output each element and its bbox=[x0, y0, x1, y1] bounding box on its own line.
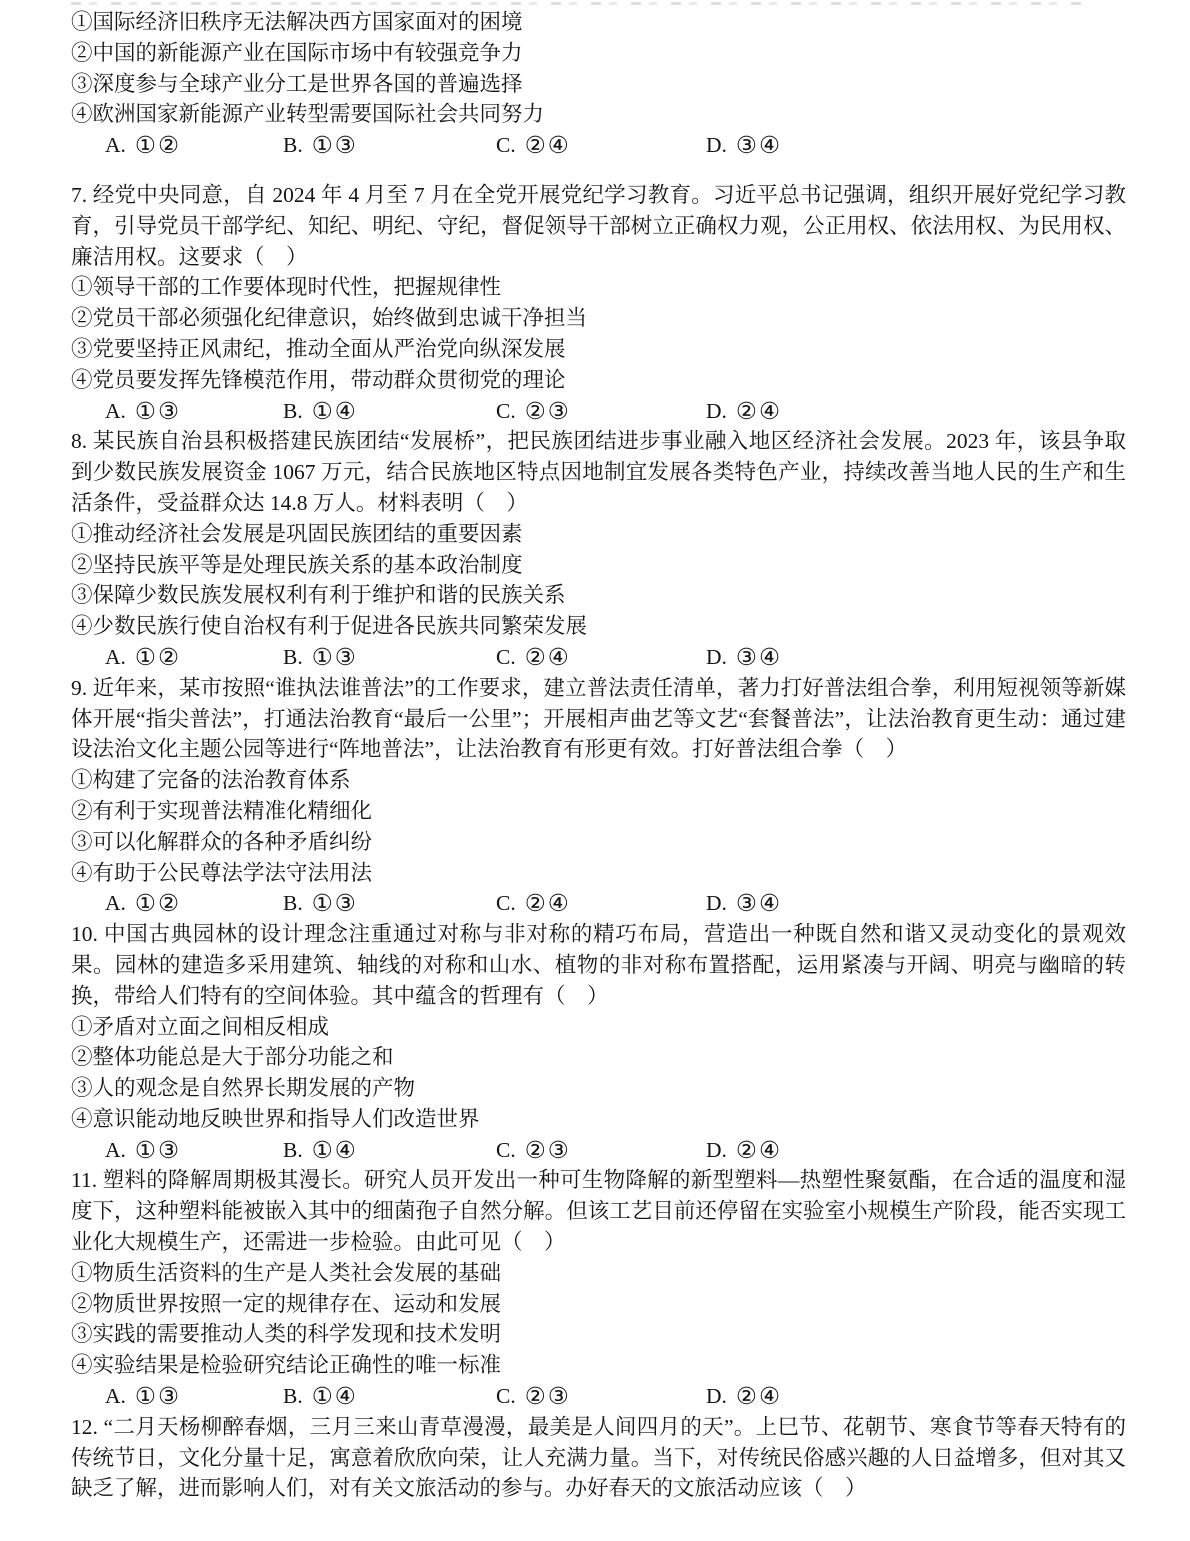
q10-option-c: C.②③ bbox=[496, 1135, 571, 1167]
q11-option-c: C.②③ bbox=[496, 1381, 571, 1413]
q10-choice-1: ①矛盾对立面之间相反相成 bbox=[71, 1012, 1126, 1043]
option-label: A. bbox=[105, 1384, 126, 1408]
q8-option-b: B.①③ bbox=[283, 642, 358, 674]
q6-option-a: A.①② bbox=[105, 130, 181, 162]
q10-choice-4: ④意识能动地反映世界和指导人们改造世界 bbox=[71, 1104, 1126, 1135]
q9-stem: 9. 近年来，某市按照“谁执法谁普法”的工作要求，建立普法责任清单，著力打好普法… bbox=[71, 673, 1126, 765]
q8-choice-3: ③保障少数民族发展权利有利于维护和谐的民族关系 bbox=[71, 580, 1126, 611]
option-value: ②④ bbox=[525, 645, 571, 671]
q7-option-d: D.②④ bbox=[706, 396, 782, 428]
q7-options-row: A.①③ B.①④ C.②③ D.②④ bbox=[71, 396, 1126, 427]
option-label: C. bbox=[496, 133, 516, 157]
option-label: B. bbox=[283, 399, 303, 423]
option-label: A. bbox=[105, 1138, 126, 1162]
q9-option-d: D.③④ bbox=[706, 888, 782, 920]
q6-option-b: B.①③ bbox=[283, 130, 358, 162]
q11-choice-3: ③实践的需要推动人类的科学发现和技术发明 bbox=[71, 1319, 1126, 1350]
option-label: A. bbox=[105, 399, 126, 423]
option-value: ③④ bbox=[736, 645, 782, 671]
q11-choice-4: ④实验结果是检验研究结论正确性的唯一标准 bbox=[71, 1350, 1126, 1381]
q7-choice-1: ①领导干部的工作要体现时代性，把握规律性 bbox=[71, 272, 1126, 303]
option-value: ①④ bbox=[312, 1384, 358, 1410]
option-value: ①③ bbox=[312, 645, 358, 671]
q8-stem: 8. 某民族自治县积极搭建民族团结“发展桥”，把民族团结进步事业融入地区经济社会… bbox=[71, 426, 1126, 518]
q11-choice-1: ①物质生活资料的生产是人类社会发展的基础 bbox=[71, 1258, 1126, 1289]
q12-stem: 12. “二月天杨柳醉春烟，三月三来山青草漫漫，最美是人间四月的天”。上巳节、花… bbox=[71, 1412, 1126, 1504]
q7-option-c: C.②③ bbox=[496, 396, 571, 428]
q10-option-a: A.①③ bbox=[105, 1135, 181, 1167]
option-label: C. bbox=[496, 399, 516, 423]
option-label: D. bbox=[706, 399, 727, 423]
option-label: B. bbox=[283, 133, 303, 157]
q10-option-b: B.①④ bbox=[283, 1135, 358, 1167]
option-label: D. bbox=[706, 891, 727, 915]
option-value: ②③ bbox=[525, 1384, 571, 1410]
blank-line bbox=[71, 161, 1126, 180]
question-9: 9. 近年来，某市按照“谁执法谁普法”的工作要求，建立普法责任清单，著力打好普法… bbox=[71, 673, 1126, 919]
q9-choice-4: ④有助于公民尊法学法守法用法 bbox=[71, 858, 1126, 889]
option-value: ③④ bbox=[736, 891, 782, 917]
option-label: B. bbox=[283, 1384, 303, 1408]
option-value: ③④ bbox=[736, 133, 782, 159]
question-7: 7. 经党中央同意，自 2024 年 4 月至 7 月在全党开展党纪学习教育。习… bbox=[71, 180, 1126, 426]
option-value: ②④ bbox=[736, 1384, 782, 1410]
q6-option-c: C.②④ bbox=[496, 130, 571, 162]
option-value: ②④ bbox=[736, 399, 782, 425]
option-value: ①③ bbox=[312, 133, 358, 159]
q7-choice-3: ③党要坚持正风肃纪，推动全面从严治党向纵深发展 bbox=[71, 334, 1126, 365]
q10-option-d: D.②④ bbox=[706, 1135, 782, 1167]
q11-option-a: A.①③ bbox=[105, 1381, 181, 1413]
option-label: C. bbox=[496, 1384, 516, 1408]
q9-choice-2: ②有利于实现普法精准化精细化 bbox=[71, 796, 1126, 827]
q7-choice-4: ④党员要发挥先锋模范作用，带动群众贯彻党的理论 bbox=[71, 365, 1126, 396]
exam-page: ①国际经济旧秩序无法解决西方国家面对的困境 ②中国的新能源产业在国际市场中有较强… bbox=[0, 0, 1190, 1541]
option-label: B. bbox=[283, 891, 303, 915]
question-12-partial: 12. “二月天杨柳醉春烟，三月三来山青草漫漫，最美是人间四月的天”。上巳节、花… bbox=[71, 1412, 1126, 1504]
option-label: C. bbox=[496, 1138, 516, 1162]
option-value: ②③ bbox=[525, 1138, 571, 1164]
q7-option-b: B.①④ bbox=[283, 396, 358, 428]
option-value: ①② bbox=[135, 645, 181, 671]
q10-options-row: A.①③ B.①④ C.②③ D.②④ bbox=[71, 1135, 1126, 1166]
q7-choice-2: ②党员干部必须强化纪律意识，始终做到忠诚干净担当 bbox=[71, 303, 1126, 334]
q9-choice-1: ①构建了完备的法治教育体系 bbox=[71, 765, 1126, 796]
option-value: ②④ bbox=[525, 891, 571, 917]
q11-option-d: D.②④ bbox=[706, 1381, 782, 1413]
q8-option-a: A.①② bbox=[105, 642, 181, 674]
q8-choice-1: ①推动经济社会发展是巩固民族团结的重要因素 bbox=[71, 519, 1126, 550]
option-label: A. bbox=[105, 891, 126, 915]
q7-stem: 7. 经党中央同意，自 2024 年 4 月至 7 月在全党开展党纪学习教育。习… bbox=[71, 180, 1126, 272]
q6-options-row: A.①② B.①③ C.②④ D.③④ bbox=[71, 130, 1126, 161]
option-label: A. bbox=[105, 645, 126, 669]
q10-choice-2: ②整体功能总是大于部分功能之和 bbox=[71, 1042, 1126, 1073]
q11-choice-2: ②物质世界按照一定的规律存在、运动和发展 bbox=[71, 1289, 1126, 1320]
question-8: 8. 某民族自治县积极搭建民族团结“发展桥”，把民族团结进步事业融入地区经济社会… bbox=[71, 426, 1126, 672]
option-label: B. bbox=[283, 645, 303, 669]
option-label: A. bbox=[105, 133, 126, 157]
q10-choice-3: ③人的观念是自然界长期发展的产物 bbox=[71, 1073, 1126, 1104]
q6-choice-4: ④欧洲国家新能源产业转型需要国际社会共同努力 bbox=[71, 99, 1126, 130]
question-11: 11. 塑料的降解周期极其漫长。研究人员开发出一种可生物降解的新型塑料—热塑性聚… bbox=[71, 1165, 1126, 1411]
q6-option-d: D.③④ bbox=[706, 130, 782, 162]
option-label: B. bbox=[283, 1138, 303, 1162]
q8-option-d: D.③④ bbox=[706, 642, 782, 674]
q9-option-a: A.①② bbox=[105, 888, 181, 920]
q9-choice-3: ③可以化解群众的各种矛盾纠纷 bbox=[71, 827, 1126, 858]
q9-option-b: B.①③ bbox=[283, 888, 358, 920]
option-value: ①③ bbox=[312, 891, 358, 917]
q11-options-row: A.①③ B.①④ C.②③ D.②④ bbox=[71, 1381, 1126, 1412]
option-label: D. bbox=[706, 1384, 727, 1408]
option-value: ①④ bbox=[312, 1138, 358, 1164]
q8-choice-4: ④少数民族行使自治权有利于促进各民族共同繁荣发展 bbox=[71, 611, 1126, 642]
q9-option-c: C.②④ bbox=[496, 888, 571, 920]
option-value: ②④ bbox=[525, 133, 571, 159]
option-label: C. bbox=[496, 891, 516, 915]
option-value: ①④ bbox=[312, 399, 358, 425]
option-value: ①③ bbox=[135, 1384, 181, 1410]
option-value: ①② bbox=[135, 891, 181, 917]
option-label: C. bbox=[496, 645, 516, 669]
q6-choice-3: ③深度参与全球产业分工是世界各国的普遍选择 bbox=[71, 69, 1126, 100]
q8-options-row: A.①② B.①③ C.②④ D.③④ bbox=[71, 642, 1126, 673]
q6-choice-1: ①国际经济旧秩序无法解决西方国家面对的困境 bbox=[71, 7, 1126, 38]
q8-choice-2: ②坚持民族平等是处理民族关系的基本政治制度 bbox=[71, 550, 1126, 581]
option-label: D. bbox=[706, 133, 727, 157]
q11-stem: 11. 塑料的降解周期极其漫长。研究人员开发出一种可生物降解的新型塑料—热塑性聚… bbox=[71, 1165, 1126, 1257]
q8-option-c: C.②④ bbox=[496, 642, 571, 674]
q6-choice-2: ②中国的新能源产业在国际市场中有较强竞争力 bbox=[71, 38, 1126, 69]
option-value: ①② bbox=[135, 133, 181, 159]
option-label: D. bbox=[706, 1138, 727, 1162]
q11-option-b: B.①④ bbox=[283, 1381, 358, 1413]
option-value: ①③ bbox=[135, 1138, 181, 1164]
q10-stem: 10. 中国古典园林的设计理念注重通过对称与非对称的精巧布局，营造出一种既自然和… bbox=[71, 919, 1126, 1011]
option-value: ②③ bbox=[525, 399, 571, 425]
question-10: 10. 中国古典园林的设计理念注重通过对称与非对称的精巧布局，营造出一种既自然和… bbox=[71, 919, 1126, 1165]
option-value: ②④ bbox=[736, 1138, 782, 1164]
question-6-partial: ①国际经济旧秩序无法解决西方国家面对的困境 ②中国的新能源产业在国际市场中有较强… bbox=[71, 7, 1126, 161]
option-label: D. bbox=[706, 645, 727, 669]
q7-option-a: A.①③ bbox=[105, 396, 181, 428]
clipped-text-remnant bbox=[71, 2, 1081, 5]
q9-options-row: A.①② B.①③ C.②④ D.③④ bbox=[71, 888, 1126, 919]
option-value: ①③ bbox=[135, 399, 181, 425]
